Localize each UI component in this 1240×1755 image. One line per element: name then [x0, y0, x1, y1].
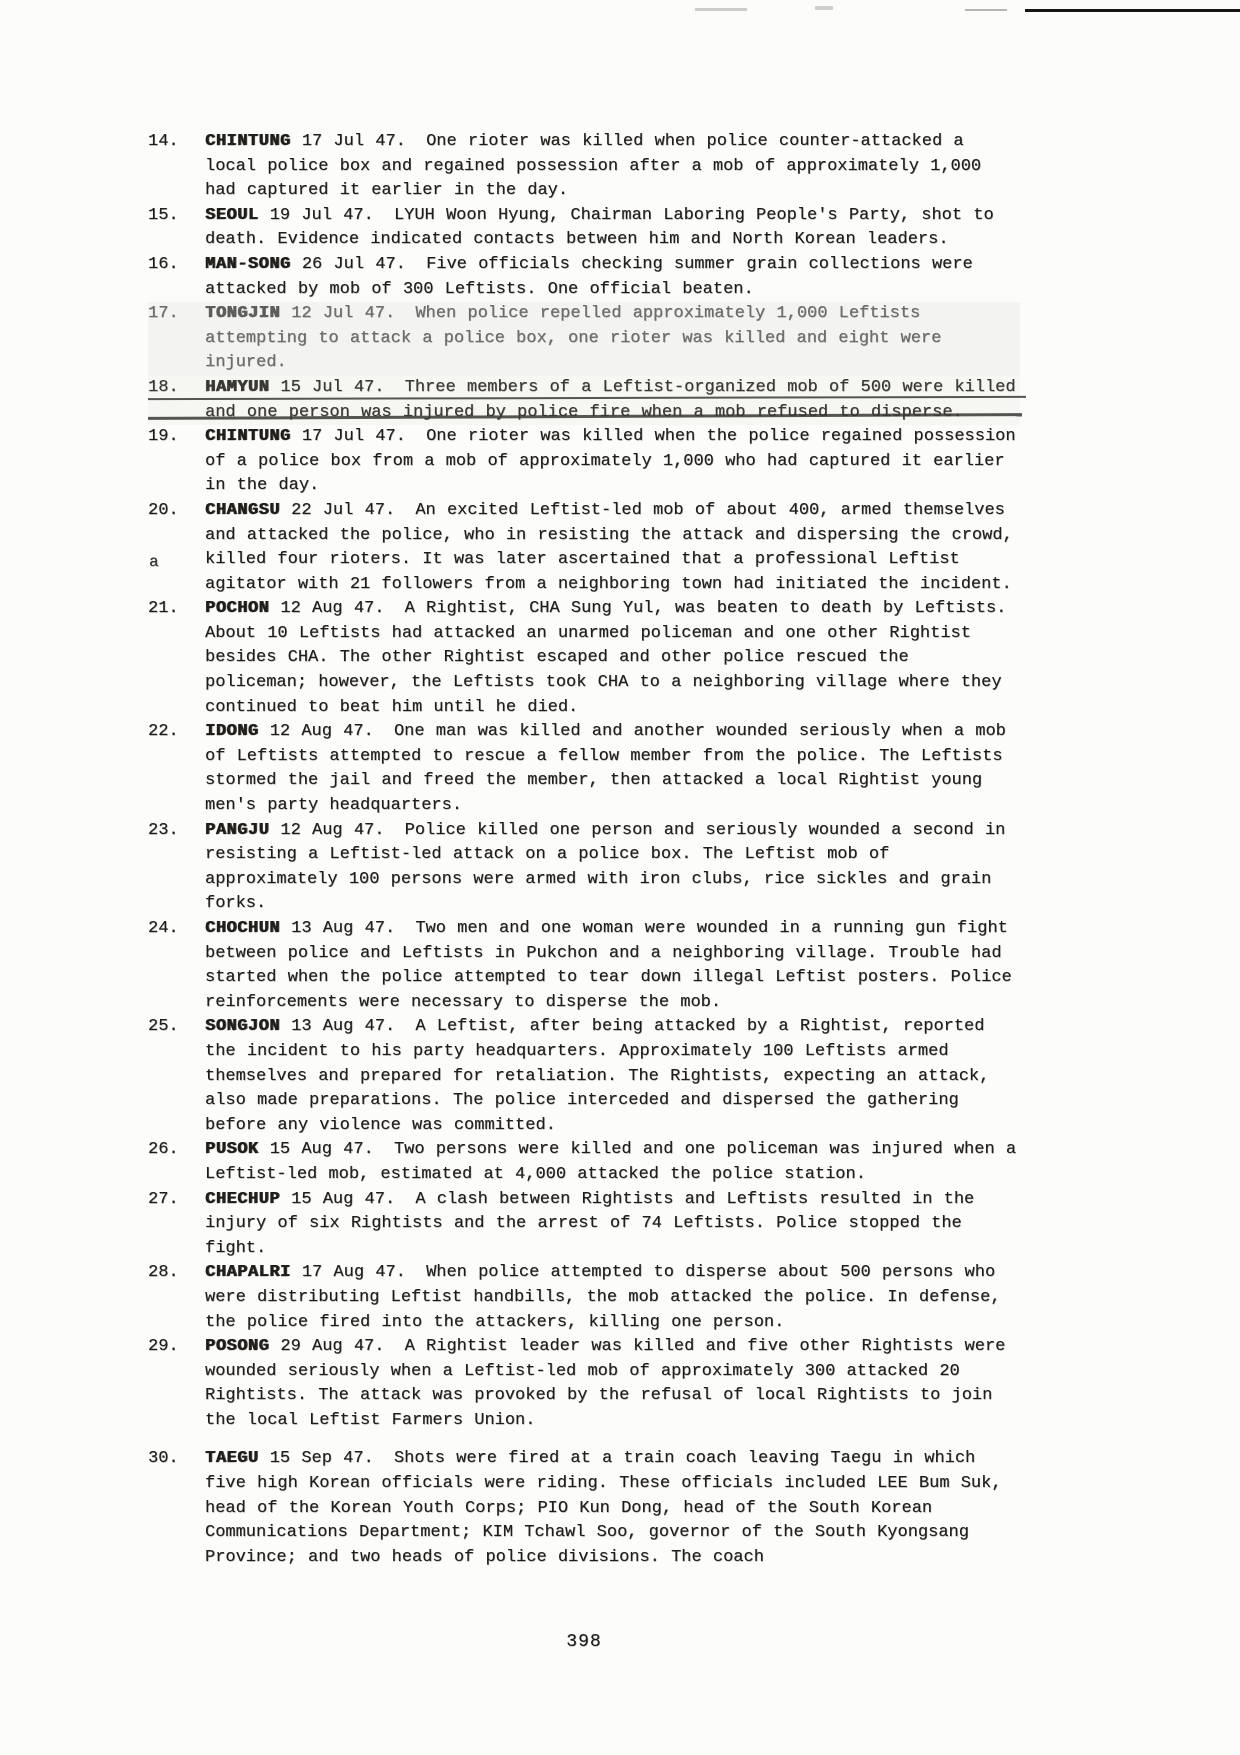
- item-text: HAMYUN 15 Jul 47. Three members of a Lef…: [205, 376, 1020, 425]
- item-number: 25.: [148, 1015, 205, 1040]
- place-name: PANGJU: [205, 821, 269, 840]
- item-text: IDONG 12 Aug 47. One man was killed and …: [205, 720, 1020, 818]
- item-date: 17 Aug 47.: [302, 1263, 406, 1282]
- item-date: 19 Jul 47.: [270, 206, 374, 225]
- margin-stray-mark: a: [149, 550, 159, 575]
- item-number: 28.: [148, 1261, 205, 1286]
- incident-item-30: 30. TAEGU 15 Sep 47. Shots were fired at…: [148, 1447, 1020, 1570]
- item-date: 12 Aug 47.: [280, 821, 384, 840]
- incident-item-14: 14. CHINTUNG 17 Jul 47. One rioter was k…: [148, 130, 1020, 204]
- item-date: 17 Jul 47.: [302, 132, 406, 151]
- item-text: PANGJU 12 Aug 47. Police killed one pers…: [205, 819, 1020, 917]
- incident-item-27: 27. CHECHUP 15 Aug 47. A clash between R…: [148, 1188, 1020, 1262]
- place-name: POCHON: [205, 599, 269, 618]
- place-name: CHINTUNG: [205, 427, 291, 446]
- scan-speck: [815, 6, 833, 10]
- item-date: 15 Aug 47.: [270, 1140, 374, 1159]
- incident-item-29: 29. POSONG 29 Aug 47. A Rightist leader …: [148, 1335, 1020, 1433]
- item-text: TAEGU 15 Sep 47. Shots were fired at a t…: [205, 1447, 1020, 1570]
- item-text: POCHON 12 Aug 47. A Rightist, CHA Sung Y…: [205, 597, 1020, 720]
- item-number: 30.: [148, 1447, 205, 1472]
- item-number: 15.: [148, 204, 205, 229]
- item-date: 17 Jul 47.: [302, 427, 406, 446]
- item-number: 19.: [148, 425, 205, 450]
- item-date: 12 Aug 47.: [270, 722, 374, 741]
- incident-item-16: 16. MAN-SONG 26 Jul 47. Five officials c…: [148, 253, 1020, 302]
- scan-artifact-line: [1025, 9, 1240, 12]
- place-name: SONGJON: [205, 1017, 280, 1036]
- incident-item-15: 15. SEOUL 19 Jul 47. LYUH Woon Hyung, Ch…: [148, 204, 1020, 253]
- incident-item-18: 18. HAMYUN 15 Jul 47. Three members of a…: [148, 376, 1020, 425]
- place-name: TAEGU: [205, 1449, 259, 1468]
- item-date: 22 Jul 47.: [291, 501, 395, 520]
- item-text: TONGJIN 12 Jul 47. When police repelled …: [205, 302, 1020, 376]
- place-name: IDONG: [205, 722, 259, 741]
- item-text: MAN-SONG 26 Jul 47. Five officials check…: [205, 253, 1020, 302]
- place-name: CHANGSU: [205, 501, 280, 520]
- incident-item-19: 19. CHINTUNG 17 Jul 47. One rioter was k…: [148, 425, 1020, 499]
- incident-item-17: 17. TONGJIN 12 Jul 47. When police repel…: [148, 302, 1020, 376]
- place-name: CHECHUP: [205, 1190, 280, 1209]
- item-number: 22.: [148, 720, 205, 745]
- incident-item-26: 26. PUSOK 15 Aug 47. Two persons were ki…: [148, 1138, 1020, 1187]
- item-date: 13 Aug 47.: [291, 919, 395, 938]
- item-number: 21.: [148, 597, 205, 622]
- item-number: 26.: [148, 1138, 205, 1163]
- incident-item-23: 23. PANGJU 12 Aug 47. Police killed one …: [148, 819, 1020, 917]
- item-text: CHANGSU 22 Jul 47. An excited Leftist-le…: [205, 499, 1020, 597]
- item-text: CHINTUNG 17 Jul 47. One rioter was kille…: [205, 425, 1020, 499]
- incident-item-25: 25. SONGJON 13 Aug 47. A Leftist, after …: [148, 1015, 1020, 1138]
- item-number: 14.: [148, 130, 205, 155]
- place-name: MAN-SONG: [205, 255, 291, 274]
- item-number: 16.: [148, 253, 205, 278]
- item-number: 20.: [148, 499, 205, 524]
- place-name: PUSOK: [205, 1140, 259, 1159]
- item-text: CHINTUNG 17 Jul 47. One rioter was kille…: [205, 130, 1020, 204]
- item-text: POSONG 29 Aug 47. A Rightist leader was …: [205, 1335, 1020, 1433]
- item-date: 12 Aug 47.: [280, 599, 384, 618]
- incident-item-21: 21. POCHON 12 Aug 47. A Rightist, CHA Su…: [148, 597, 1020, 720]
- place-name: CHOCHUN: [205, 919, 280, 938]
- document-page: 14. CHINTUNG 17 Jul 47. One rioter was k…: [0, 0, 1240, 1755]
- item-text: SONGJON 13 Aug 47. A Leftist, after bein…: [205, 1015, 1020, 1138]
- incident-item-22: 22. IDONG 12 Aug 47. One man was killed …: [148, 720, 1020, 818]
- incident-item-24: 24. CHOCHUN 13 Aug 47. Two men and one w…: [148, 917, 1020, 1015]
- item-number: 27.: [148, 1188, 205, 1213]
- item-date: 15 Sep 47.: [270, 1449, 374, 1468]
- item-number: 23.: [148, 819, 205, 844]
- item-date: 29 Aug 47.: [280, 1337, 384, 1356]
- item-text: CHOCHUN 13 Aug 47. Two men and one woman…: [205, 917, 1020, 1015]
- incident-item-20: 20. CHANGSU 22 Jul 47. An excited Leftis…: [148, 499, 1020, 597]
- incident-item-28: 28. CHAPALRI 17 Aug 47. When police atte…: [148, 1261, 1020, 1335]
- item-text: CHAPALRI 17 Aug 47. When police attempte…: [205, 1261, 1020, 1335]
- item-text: SEOUL 19 Jul 47. LYUH Woon Hyung, Chairm…: [205, 204, 1020, 253]
- place-name: SEOUL: [205, 206, 259, 225]
- place-name: HAMYUN: [205, 378, 269, 397]
- place-name: POSONG: [205, 1337, 269, 1356]
- incident-list: 14. CHINTUNG 17 Jul 47. One rioter was k…: [148, 130, 1020, 1570]
- item-date: 15 Aug 47.: [291, 1190, 395, 1209]
- place-name: TONGJIN: [205, 304, 280, 323]
- item-date: 26 Jul 47.: [302, 255, 406, 274]
- item-number: 29.: [148, 1335, 205, 1360]
- item-date: 12 Jul 47.: [291, 304, 395, 323]
- item-date: 13 Aug 47.: [291, 1017, 395, 1036]
- item-number: 18.: [148, 376, 205, 401]
- item-number: 17.: [148, 302, 205, 327]
- place-name: CHINTUNG: [205, 132, 291, 151]
- item-text: CHECHUP 15 Aug 47. A clash between Right…: [205, 1188, 1020, 1262]
- item-number: 24.: [148, 917, 205, 942]
- page-number: 398: [148, 1632, 1020, 1652]
- item-date: 15 Jul 47.: [280, 378, 384, 397]
- place-name: CHAPALRI: [205, 1263, 291, 1282]
- item-text: PUSOK 15 Aug 47. Two persons were killed…: [205, 1138, 1020, 1187]
- scan-speck: [695, 8, 747, 11]
